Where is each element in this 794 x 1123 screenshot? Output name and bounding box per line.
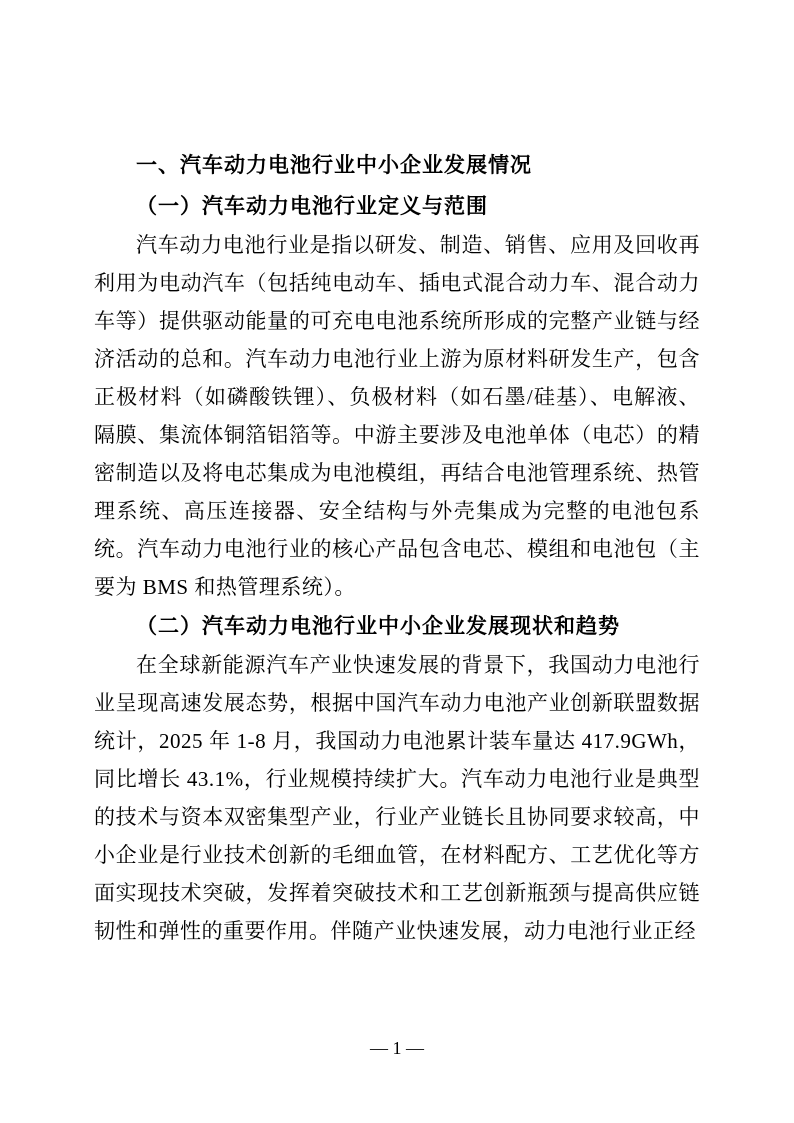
section-1-paragraph-1: 汽车动力电池行业是指以研发、制造、销售、应用及回收再利用为电动汽车（包括纯电动车…	[94, 226, 700, 606]
document-page: 一、汽车动力电池行业中小企业发展情况 （一）汽车动力电池行业定义与范围 汽车动力…	[0, 0, 794, 1123]
page-number: — 1 —	[0, 1036, 794, 1060]
section-1-heading: （一）汽车动力电池行业定义与范围	[94, 186, 700, 226]
main-heading: 一、汽车动力电池行业中小企业发展情况	[94, 146, 700, 186]
section-2-heading: （二）汽车动力电池行业中小企业发展现状和趋势	[94, 606, 700, 646]
section-2-paragraph-1: 在全球新能源汽车产业快速发展的背景下，我国动力电池行业呈现高速发展态势，根据中国…	[94, 646, 700, 950]
